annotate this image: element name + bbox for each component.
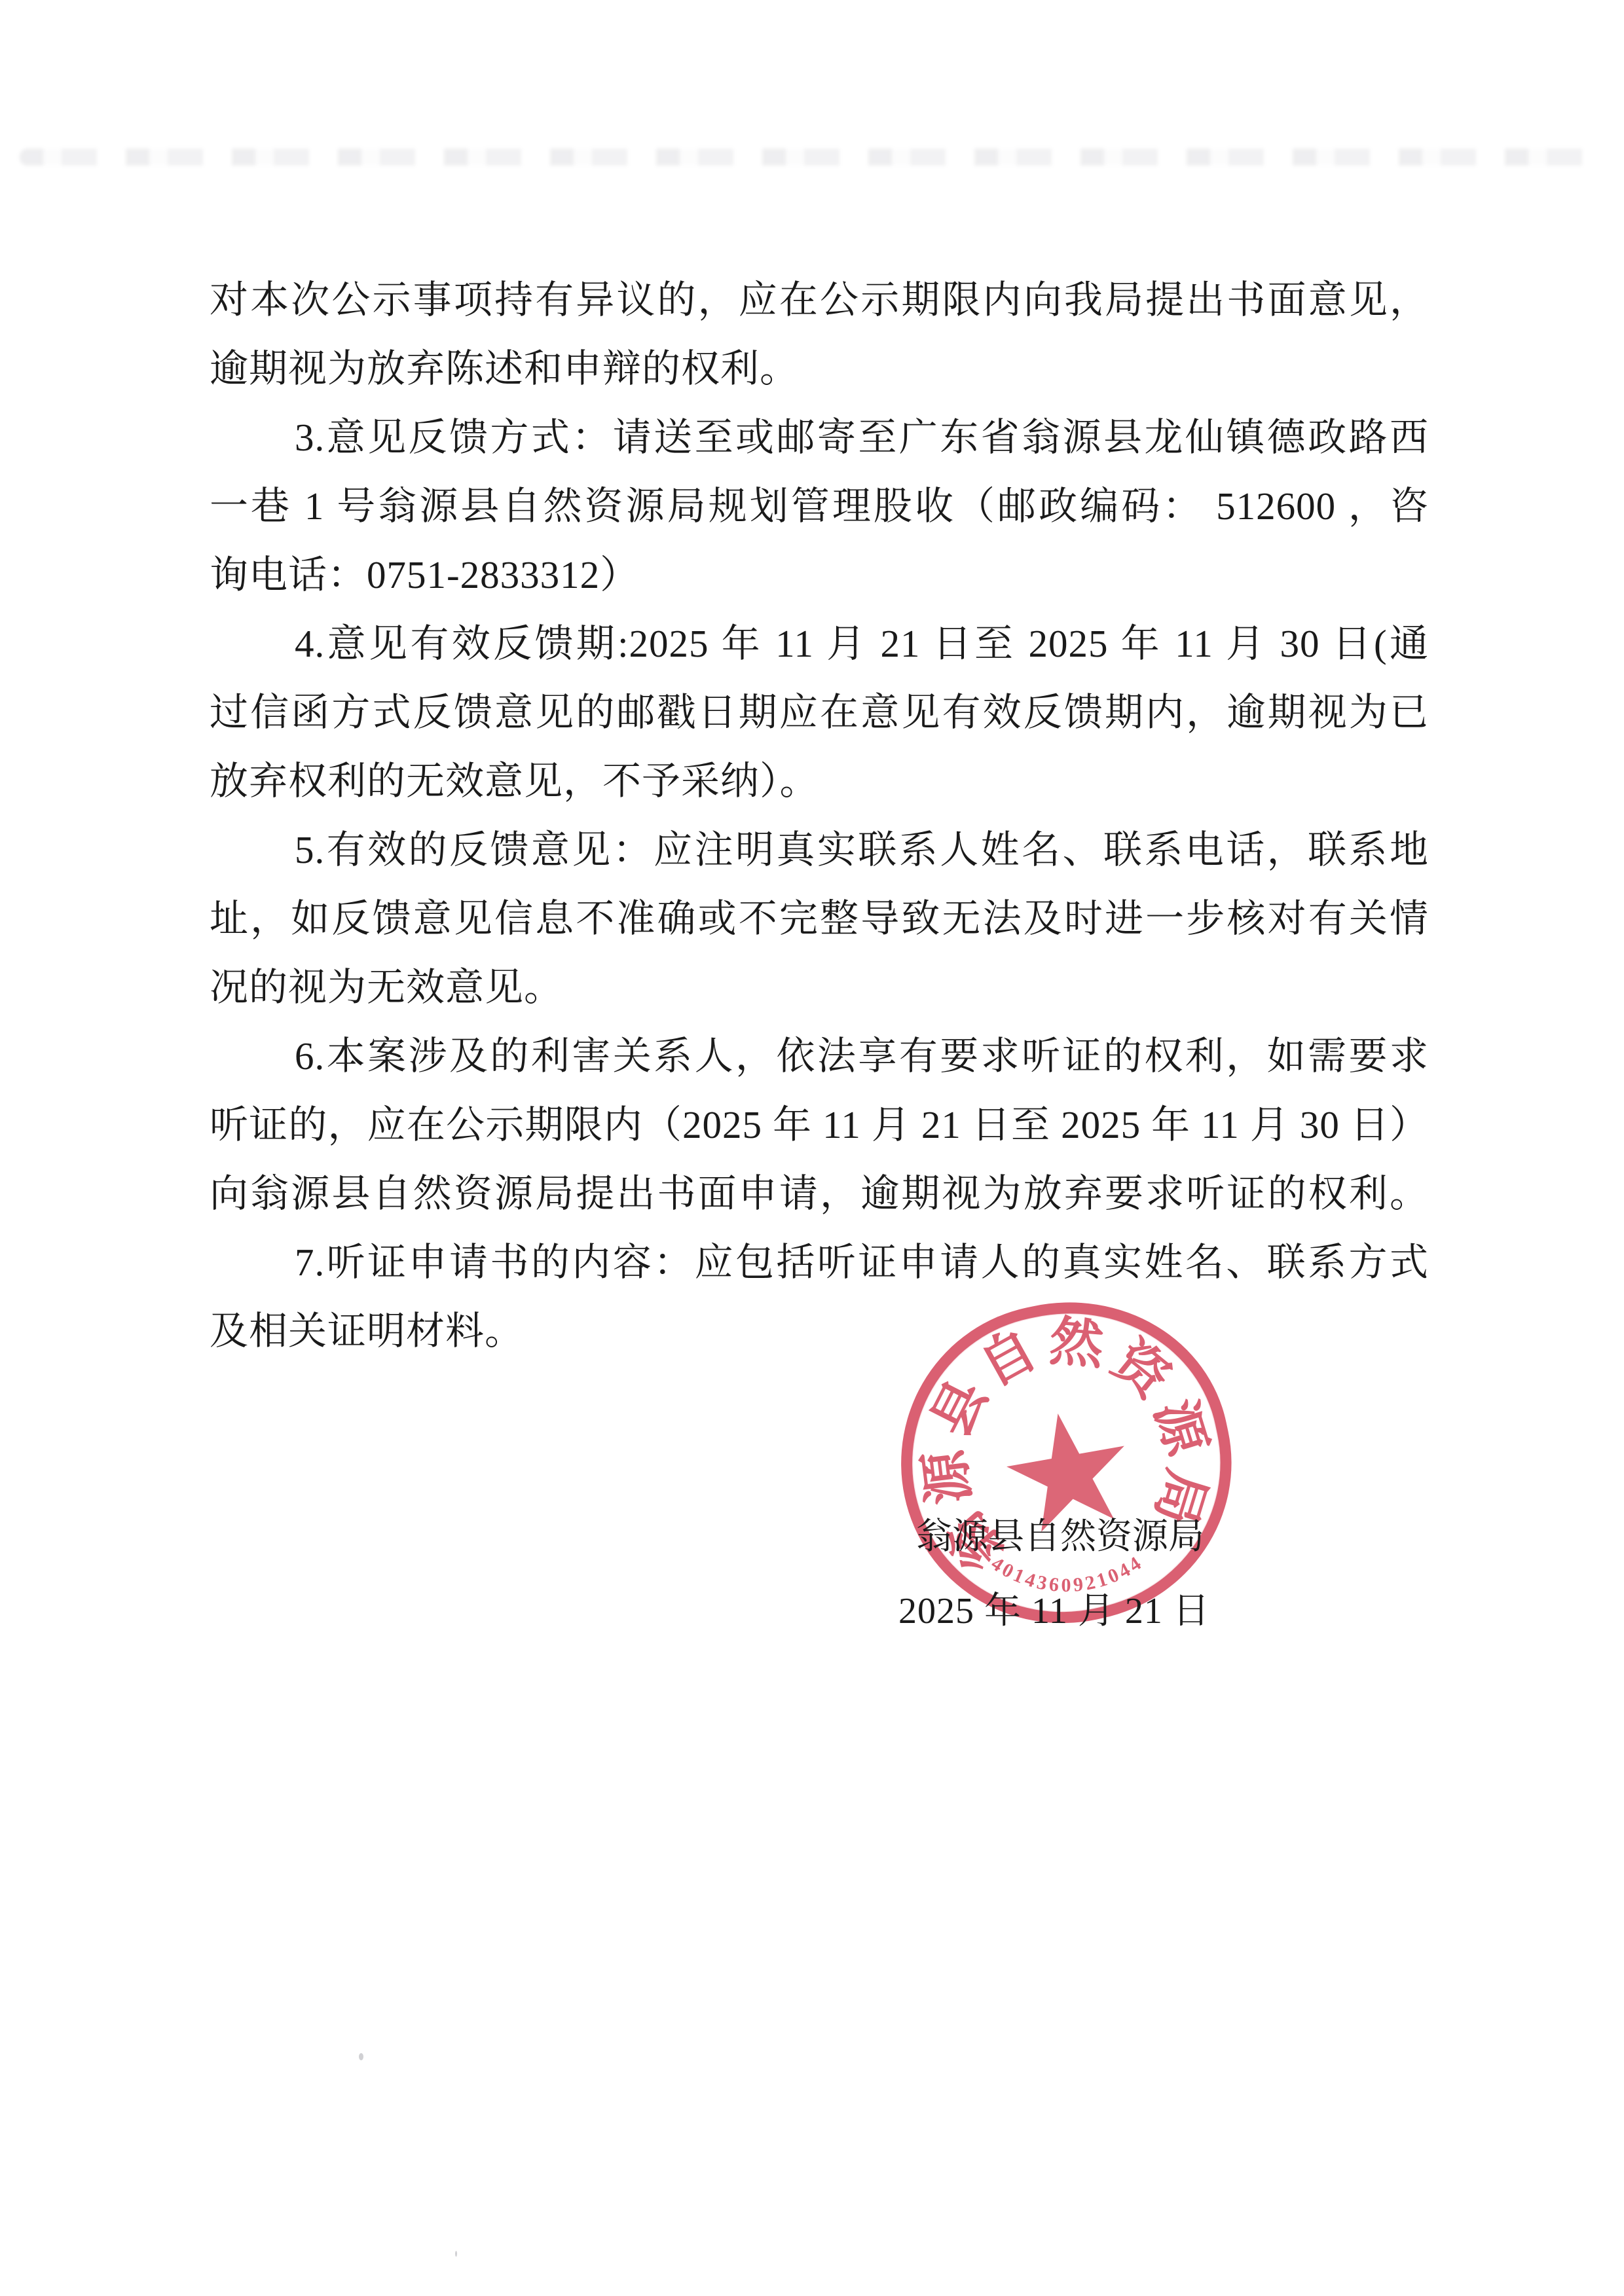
body-line: 放弃权利的无效意见，不予采纳）。 [210, 747, 1429, 816]
body-line: 6.本案涉及的利害关系人，依法享有要求听证的权利，如需要求 [210, 1022, 1429, 1091]
body-line: 4.意见有效反馈期:2025 年 11 月 21 日至 2025 年 11 月 … [210, 610, 1429, 678]
signature-organization: 翁源县自然资源局 [916, 1507, 1204, 1559]
body-line: 7.听证申请书的内容：应包括听证申请人的真实姓名、联系方式 [210, 1228, 1429, 1297]
body-line: 询电话：0751-2833312） [210, 541, 1429, 610]
body-text: 对本次公示事项持有异议的，应在公示期限内向我局提出书面意见， 逾期视为放弃陈述和… [210, 266, 1429, 1366]
body-line: 对本次公示事项持有异议的，应在公示期限内向我局提出书面意见， [210, 266, 1429, 335]
body-line: 5.有效的反馈意见：应注明真实联系人姓名、联系电话，联系地 [210, 816, 1429, 884]
body-line: 况的视为无效意见。 [210, 953, 1429, 1022]
body-line: 向翁源县自然资源局提出书面申请，逾期视为放弃要求听证的权利。 [210, 1159, 1429, 1228]
scan-speck [455, 2251, 457, 2257]
body-line: 址，如反馈意见信息不准确或不完整导致无法及时进一步核对有关情 [210, 884, 1429, 953]
body-line: 一巷 1 号翁源县自然资源局规划管理股收（邮政编码： 512600 ，咨 [210, 472, 1429, 541]
scan-speck [359, 2053, 363, 2060]
body-line: 3.意见反馈方式：请送至或邮寄至广东省翁源县龙仙镇德政路西 [210, 403, 1429, 472]
scan-smudge-artifact [20, 149, 1604, 166]
body-line: 及相关证明材料。 [210, 1297, 1429, 1366]
scanned-document-page: 对本次公示事项持有异议的，应在公示期限内向我局提出书面意见， 逾期视为放弃陈述和… [0, 0, 1624, 2296]
signature-date: 2025 年 11 月 21 日 [898, 1582, 1210, 1634]
seal-char: 源 [914, 1444, 982, 1511]
body-line: 逾期视为放弃陈述和申辩的权利。 [210, 335, 1429, 403]
body-line: 听证的，应在公示期限内（2025 年 11 月 21 日至 2025 年 11 … [210, 1091, 1429, 1159]
body-line: 过信函方式反馈意见的邮戳日期应在意见有效反馈期内，逾期视为已 [210, 678, 1429, 747]
